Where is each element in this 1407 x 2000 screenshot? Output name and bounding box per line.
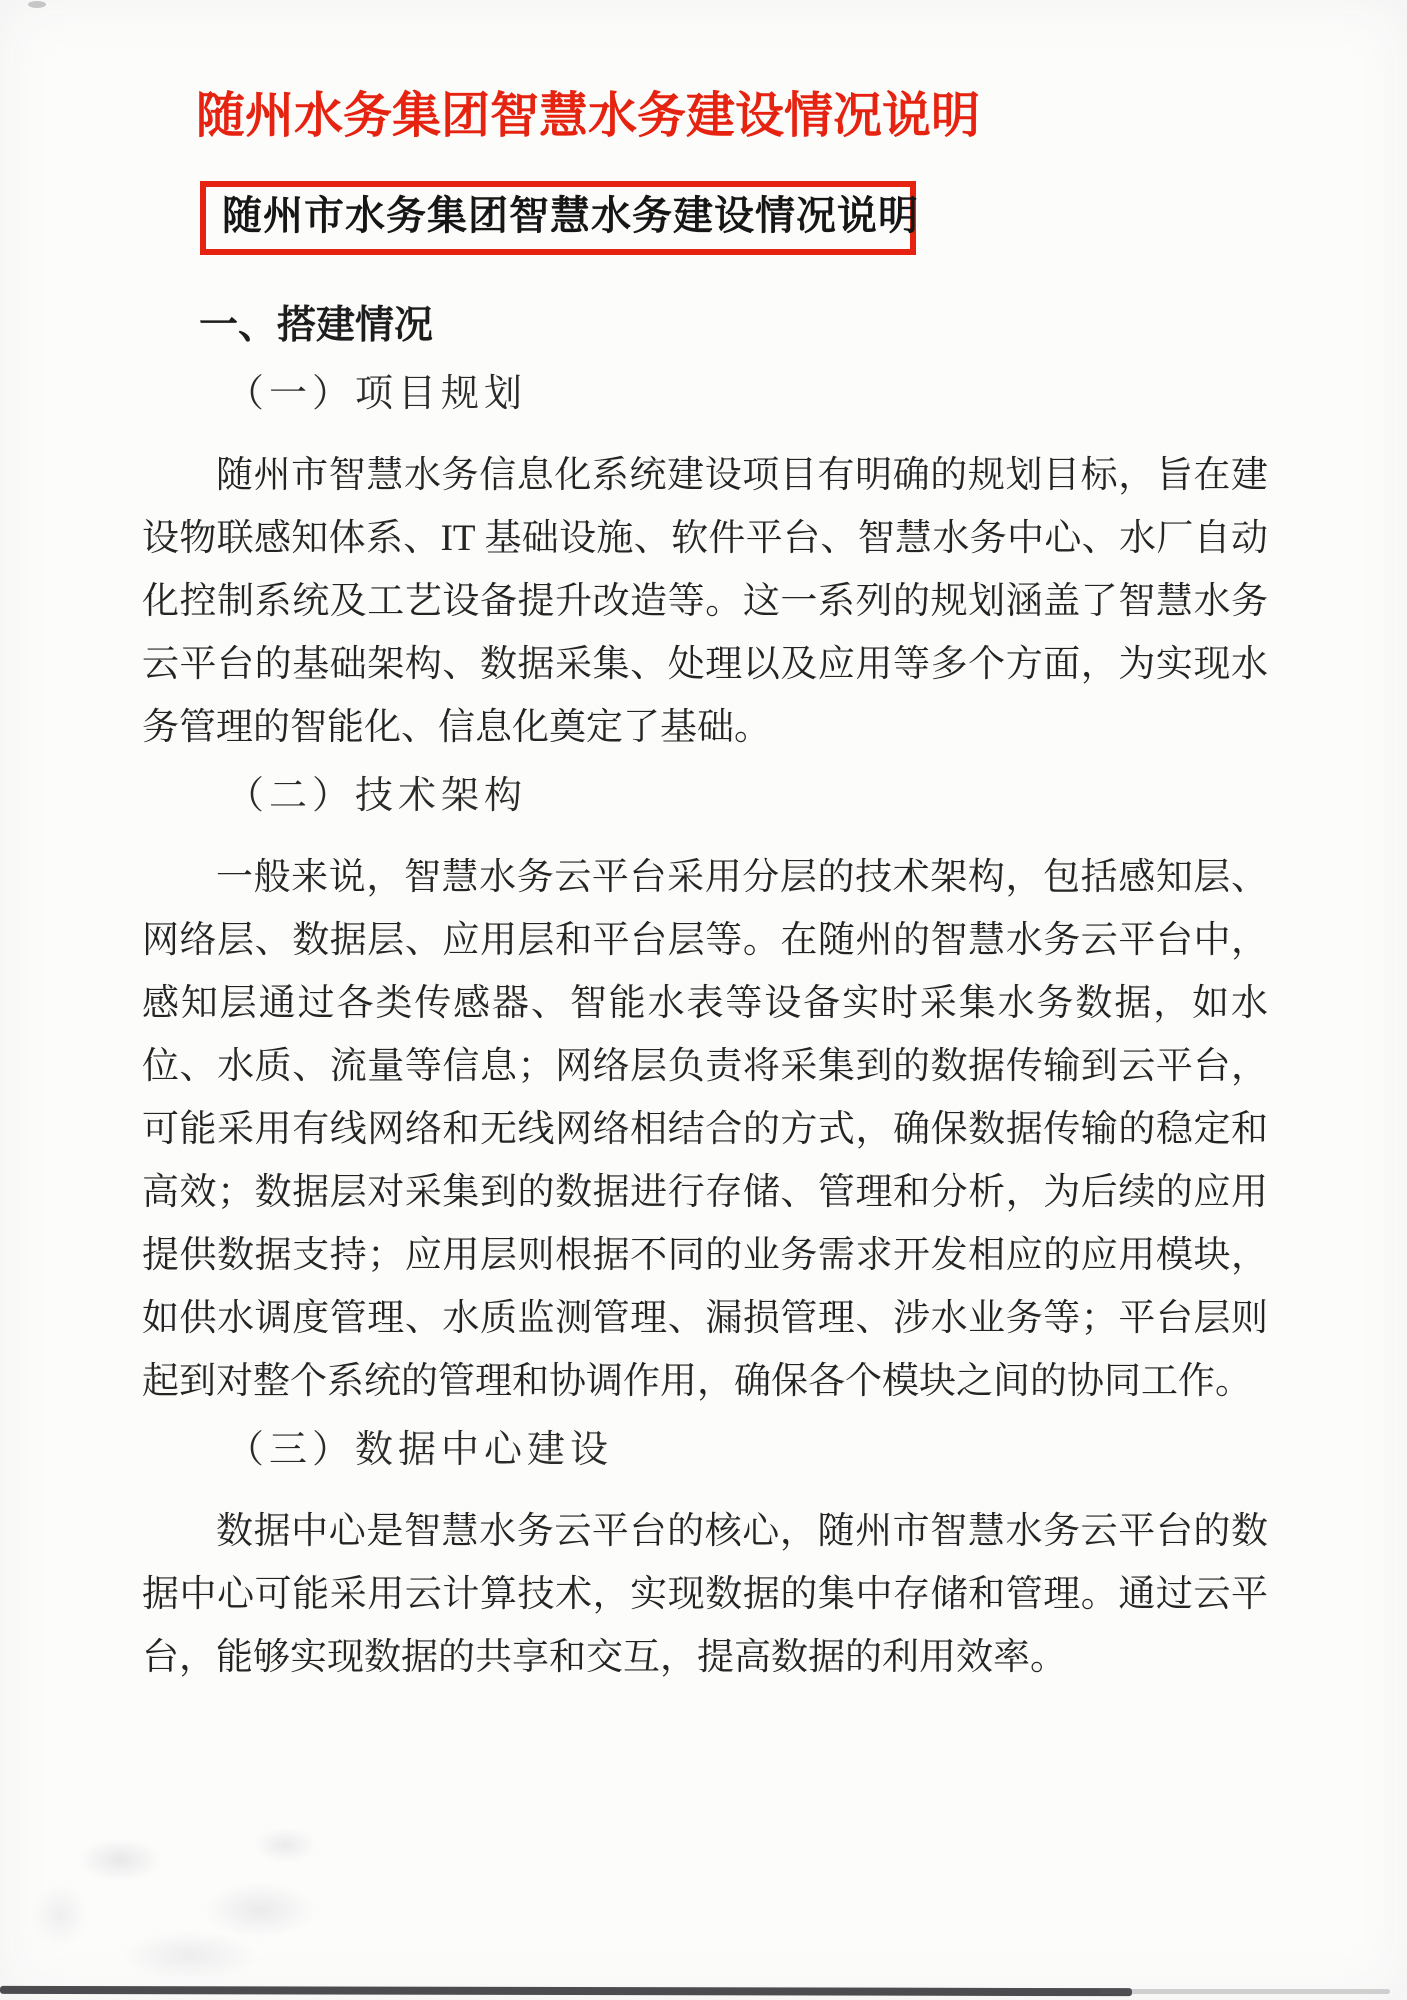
scan-speck: [28, 1, 46, 8]
subsection-heading-2: （二）技术架构: [142, 765, 1268, 828]
paragraph-3: 数据中心是智慧水务云平台的核心，随州市智慧水务云平台的数据中心可能采用云计算技术…: [142, 1500, 1268, 1689]
document-page: 随州水务集团智慧水务建设情况说明 随州市水务集团智慧水务建设情况说明 一、搭建情…: [0, 0, 1407, 2000]
red-stamp-title: 随州水务集团智慧水务建设情况说明: [196, 86, 980, 147]
section-heading-main: 一、搭建情况: [142, 294, 1268, 357]
subsection-heading-1: （一）项目规划: [142, 363, 1268, 426]
paragraph-2: 一般来说，智慧水务云平台采用分层的技术架构，包括感知层、网络层、数据层、应用层和…: [142, 846, 1268, 1413]
document-body: 一、搭建情况 （一）项目规划 随州市智慧水务信息化系统建设项目有明确的规划目标，…: [142, 294, 1268, 1689]
subsection-heading-3: （三）数据中心建设: [142, 1419, 1268, 1482]
scan-smudges: [0, 1810, 520, 2000]
boxed-title: 随州市水务集团智慧水务建设情况说明: [200, 181, 916, 255]
paragraph-1: 随州市智慧水务信息化系统建设项目有明确的规划目标，旨在建设物联感知体系、IT 基…: [142, 444, 1268, 759]
scan-bottom-edge-fade: [1100, 1989, 1390, 1994]
